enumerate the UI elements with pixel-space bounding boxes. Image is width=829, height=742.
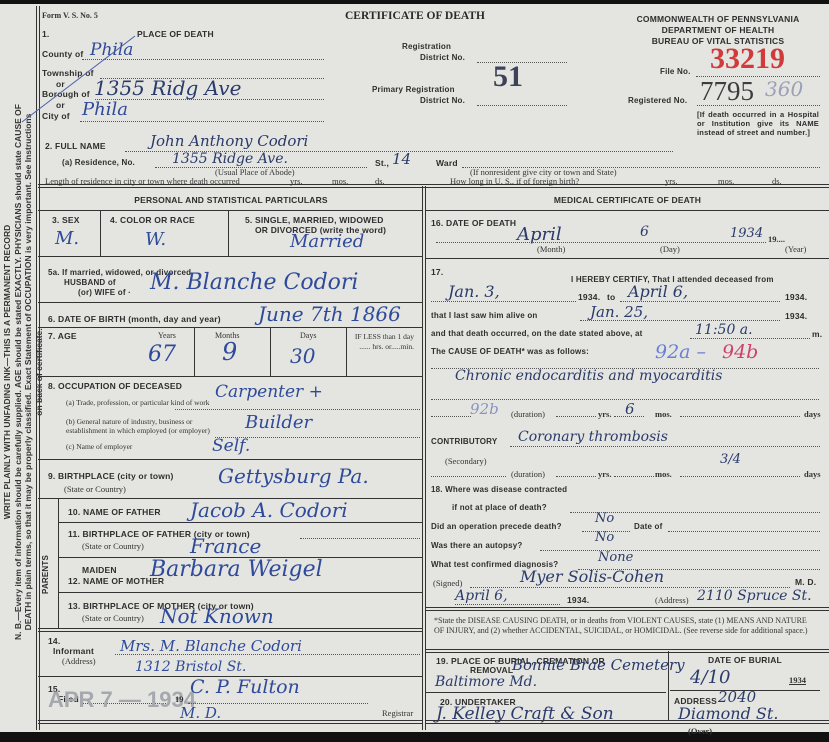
registered-number: 7795 <box>700 76 754 107</box>
cause-code-2: 92b <box>470 400 499 418</box>
registration-label: Registration <box>402 42 451 51</box>
date-of-label: Date of <box>634 522 663 531</box>
year-caption: (Year) <box>785 244 806 254</box>
yrs-label: yrs. <box>598 469 611 479</box>
issuer-line-1: COMMONWEALTH OF PENNSYLVANIA <box>617 14 819 24</box>
full-name-value: John Anthony Codori <box>150 132 308 150</box>
age-days-value: 30 <box>290 344 315 368</box>
operation-value: No <box>595 511 614 526</box>
contributory-label: CONTRIBUTORY <box>431 437 497 446</box>
occupation-b-value: Builder <box>245 412 312 433</box>
death-time-suffix: m. <box>812 329 822 339</box>
secondary-label: (Secondary) <box>445 456 487 466</box>
mother-birthplace-sub-label: (State or Country) <box>82 613 144 623</box>
occupation-c-label: (c) Name of employer <box>66 442 132 451</box>
birthplace-sub-label: (State or Country) <box>64 484 126 494</box>
signed-label: (Signed) <box>433 578 462 588</box>
mos-label: mos. <box>718 176 734 186</box>
certify-number: 17. <box>431 267 443 277</box>
death-time-value: 11:50 a. <box>695 322 753 338</box>
sex-value: M. <box>55 228 79 249</box>
operation-label: Did an operation precede death? <box>431 522 562 531</box>
mother-name-value: Barbara Weigel <box>150 557 323 582</box>
marital-label: 5. SINGLE, MARRIED, WIDOWED <box>245 215 384 225</box>
days-label: Days <box>300 331 316 340</box>
registrar-label: Registrar <box>382 708 413 718</box>
spouse-value: M. Blanche Codori <box>150 270 358 295</box>
cause-code-red: 94b <box>722 341 758 363</box>
district-number: 51 <box>493 60 523 94</box>
birthplace-value: Gettysburg Pa. <box>218 464 369 488</box>
cause-footnote: *State the DISEASE CAUSING DEATH, or in … <box>434 616 819 636</box>
ink-warning: WRITE PLAINLY WITH UNFADING INK—THIS IS … <box>2 12 13 732</box>
informant-address-label: (Address) <box>62 656 96 666</box>
file-label: File No. <box>660 67 691 76</box>
burial-date-value: 4/10 <box>690 667 730 688</box>
attended-from-year: 1934. <box>578 292 600 302</box>
autopsy-label: Was there an autopsy? <box>431 541 522 550</box>
mother-birthplace-value: Not Known <box>160 604 274 628</box>
father-name-label: 10. NAME OF FATHER <box>68 507 161 517</box>
registered-number-handwritten: 360 <box>765 77 803 101</box>
last-seen-date: Jan. 25, <box>590 303 648 321</box>
marital-value: Married <box>290 231 364 252</box>
file-number: 33219 <box>710 42 785 76</box>
parents-label: PARENTS <box>41 555 50 594</box>
mos-label: mos. <box>332 176 348 186</box>
district-label: District No. <box>420 96 465 105</box>
personal-heading: PERSONAL AND STATISTICAL PARTICULARS <box>40 195 422 205</box>
physician-address-label: (Address) <box>655 595 689 605</box>
signed-year: 1934. <box>567 595 589 605</box>
filed-date-stamp: APR 7 — 1934 <box>48 687 196 713</box>
duration-months-value: 6 <box>625 400 635 418</box>
hospital-note: [If death occurred in a Hospital or Inst… <box>697 110 819 137</box>
occupation-a-value: Carpenter + <box>215 382 323 402</box>
informant-label: Informant <box>53 646 94 656</box>
ward-number: 14 <box>392 150 411 168</box>
test-value: None <box>598 550 633 565</box>
informant-name-value: Mrs. M. Blanche Codori <box>120 637 302 655</box>
yrs-label: yrs. <box>598 409 611 419</box>
father-birthplace-value: France <box>190 534 261 558</box>
form-id: Form V. S. No. 5 <box>42 11 98 20</box>
filed-19: 19 <box>175 694 184 704</box>
occupation-c-value: Self. <box>212 436 250 456</box>
duration-label: (duration) <box>511 469 545 479</box>
ward-label: Ward <box>436 158 458 168</box>
mos-label: mos. <box>655 409 672 419</box>
over-label: (Over) <box>688 726 712 736</box>
last-seen-year: 1934. <box>785 311 807 321</box>
attended-from-date: Jan. 3, <box>448 282 500 301</box>
occupation-b-label: (b) General nature of industry, business… <box>66 417 216 435</box>
burial-date-label: DATE OF BURIAL <box>708 655 782 665</box>
race-value: W. <box>145 229 166 250</box>
signed-date: April 6, <box>455 588 508 604</box>
district-label: District No. <box>420 53 465 62</box>
place-of-death-heading: PLACE OF DEATH <box>137 29 214 39</box>
informant-address-value: 1312 Bristol St. <box>135 659 246 675</box>
father-name-value: Jacob A. Codori <box>190 498 348 522</box>
wife-label: (or) WIFE of · <box>78 288 131 297</box>
attended-to-year: 1934. <box>785 292 807 302</box>
burial-city-value: Baltimore Md. <box>435 674 537 690</box>
burial-place-value: Bonnie Brae Cemetery <box>512 656 685 674</box>
contracted-sub-label: if not at place of death? <box>452 503 547 512</box>
cause-of-death-value: Chronic endocarditis and myocarditis <box>455 368 722 384</box>
residence-value: 1355 Ridge Ave. <box>172 151 288 167</box>
contributory-value: Coronary thrombosis <box>518 429 668 445</box>
death-month-value: April <box>517 224 562 245</box>
registered-label: Registered No. <box>628 96 687 105</box>
physician-signature: Myer Solis-Cohen <box>520 567 664 586</box>
age-months-value: 9 <box>222 338 237 366</box>
death-year-value: 1934 <box>730 226 763 241</box>
foreign-birth-label: How long in U. S., if of foreign birth? <box>450 176 579 186</box>
contracted-label: 18. Where was disease contracted <box>431 485 567 494</box>
dob-value: June 7th 1866 <box>258 302 401 326</box>
age-years-value: 67 <box>148 342 176 367</box>
race-label: 4. COLOR OR RACE <box>110 215 195 225</box>
contributory-duration-days: 3/4 <box>720 452 741 467</box>
birthplace-label: 9. BIRTHPLACE (city or town) <box>48 471 174 481</box>
yrs-label: yrs. <box>665 176 678 186</box>
residence-label: (a) Residence, No. <box>62 158 135 167</box>
father-birthplace-sub-label: (State or Country) <box>82 541 144 551</box>
medical-heading: MEDICAL CERTIFICATE OF DEATH <box>426 195 829 205</box>
autopsy-value: No <box>595 530 614 545</box>
sex-label: 3. SEX <box>52 215 80 225</box>
days-label: days <box>804 469 821 479</box>
days-label: days <box>804 409 821 419</box>
pen-stroke <box>20 34 140 124</box>
burial-year: 1934 <box>789 675 806 685</box>
attended-to-date: April 6, <box>628 282 688 301</box>
street-label: St., <box>375 158 389 168</box>
month-caption: (Month) <box>537 244 565 254</box>
death-day-value: 6 <box>640 224 649 240</box>
primary-registration-label: Primary Registration <box>372 85 455 94</box>
length-of-residence-label: Length of residence in city or town wher… <box>45 176 240 186</box>
dob-label: 6. DATE OF BIRTH (month, day and year) <box>48 314 221 324</box>
informant-number: 14. <box>48 636 60 646</box>
ds-label: ds. <box>772 176 782 186</box>
death-certificate: WRITE PLAINLY WITH UNFADING INK—THIS IS … <box>0 4 829 732</box>
issuer-line-2: DEPARTMENT OF HEALTH <box>617 25 819 35</box>
husband-label: HUSBAND of <box>64 278 116 287</box>
cause-code-blue: 92a – <box>655 341 706 363</box>
less-than-a-day: IF LESS than 1 day ...... hrs. or.....mi… <box>352 332 414 352</box>
maiden-label: MAIDEN <box>82 565 117 575</box>
last-seen-label: that I last saw him alive on <box>431 311 538 320</box>
to-label: to <box>607 292 615 302</box>
yrs-label: yrs. <box>290 176 303 186</box>
death-time-label: and that death occurred, on the date sta… <box>431 329 643 338</box>
certificate-title: CERTIFICATE OF DEATH <box>345 10 485 22</box>
day-caption: (Day) <box>660 244 680 254</box>
md-label: M. D. <box>795 577 816 587</box>
age-label: 7. AGE <box>48 331 77 341</box>
occupation-a-label: (a) Trade, profession, or particular kin… <box>66 398 216 407</box>
physician-address-value: 2110 Spruce St. <box>697 588 812 604</box>
date-of-death-label: 16. DATE OF DEATH <box>431 218 516 228</box>
occupation-label: 8. OCCUPATION OF DECEASED <box>48 381 182 391</box>
years-label: Years <box>158 331 176 340</box>
ds-label: ds. <box>375 176 385 186</box>
cause-of-death-label: The CAUSE OF DEATH* was as follows: <box>431 347 589 356</box>
mos-label: mos. <box>655 469 672 479</box>
duration-label: (duration) <box>511 409 545 419</box>
registrar-signature: C. P. Fulton <box>190 676 300 698</box>
year-prefix: 19.... <box>768 234 785 244</box>
full-name-label: 2. FULL NAME <box>45 141 106 151</box>
